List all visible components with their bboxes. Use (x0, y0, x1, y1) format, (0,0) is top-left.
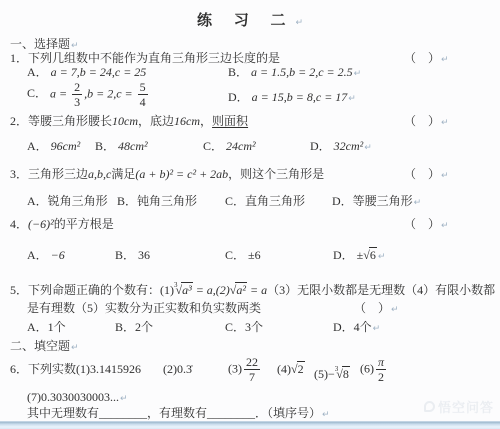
option-value: a = 1.5,b = 2,c = 2.5 (251, 65, 353, 79)
question-4-option-d: D．±√6↵ (333, 248, 385, 265)
question-1-option-c: C．a = 23,b = 2,c = 54 (27, 81, 150, 108)
paragraph-mark-icon: ↵ (348, 94, 356, 104)
item-value: 6．下列实数(1)3.1415926 (10, 362, 141, 376)
option-value: D．4个 (333, 320, 372, 334)
answer-bracket: （ ） (354, 301, 390, 315)
question-5-text-line-1: 5．下列命题正确的个数有：(1)3√a³ = a,(2)√a² = a（3）无限… (10, 278, 495, 298)
option-letter: C． (27, 86, 47, 100)
paragraph-mark-icon: ↵ (378, 252, 386, 262)
fraction-denominator: 3 (72, 94, 82, 108)
option-letter: A． (27, 248, 48, 262)
paragraph-mark-icon: ↵ (364, 143, 372, 153)
paragraph-mark-icon: ↵ (295, 18, 303, 28)
fraction-numerator: 5 (138, 81, 148, 94)
option-value: C．3个 (225, 320, 263, 334)
formula: (a + b)² = c² + 2ab (135, 167, 228, 181)
radicand: 6 (369, 247, 377, 262)
measure-1: 10cm (112, 114, 138, 128)
fraction: 227 (244, 356, 260, 383)
option-letter: D． (228, 90, 249, 104)
radicand: 2 (297, 361, 305, 376)
paragraph-mark-icon: ↵ (441, 171, 449, 181)
question-6-item-7: (7)0.3030030003...↵ (27, 390, 128, 407)
item-index: (4) (277, 362, 291, 376)
answer-bracket: （ ） (404, 51, 440, 65)
question-4-option-c: C．±6 (225, 248, 261, 263)
question-2-option-b: B．48cm² (95, 139, 148, 154)
option-value: C．直角三角形 (225, 194, 305, 208)
radicand: 8 (342, 366, 350, 381)
item-index: (6) (360, 361, 374, 375)
radicand: a³ (181, 282, 193, 297)
question-1-option-d: D．a = 15,b = 8,c = 17↵ (228, 90, 356, 107)
radicand: a² (235, 282, 247, 297)
prompt-irrational: 其中无理数有 (27, 406, 99, 420)
option-value: 48cm² (118, 139, 148, 153)
option-value: B．钝角三角形 (117, 194, 197, 208)
question-2-option-a: A．96cm² (27, 139, 80, 154)
fraction-denominator: 4 (138, 94, 148, 108)
horizontal-scrollbar[interactable] (0, 421, 500, 429)
option-value: a = 7,b = 24,c = 25 (51, 65, 147, 79)
watermark-text: 悟空问答 (438, 397, 494, 416)
question-5-option-b: B．2个 (115, 320, 153, 335)
section-heading-label: 二、填空题 (10, 339, 70, 353)
question-4-text: 4．(−6)²的平方根是 (10, 217, 114, 232)
question-1-text: 1．下列几组数中不能作为直角三角形三边长度的是 (10, 51, 280, 66)
paragraph-mark-icon: ↵ (441, 118, 449, 128)
question-2-stem-underlined: 则面积 (212, 114, 248, 128)
option-letter: C． (225, 248, 245, 262)
option-letter: D． (333, 248, 354, 262)
option-letter: A． (27, 139, 48, 153)
question-2-answer-bracket: （ ）↵ (404, 114, 449, 131)
option-letter: A． (27, 65, 48, 79)
question-2-stem-3: ， (200, 114, 212, 128)
fraction: 23 (72, 81, 82, 108)
fraction-numerator: 22 (244, 356, 260, 369)
option-letter: B． (115, 248, 135, 262)
question-5-option-d: D．4个↵ (333, 320, 380, 337)
prompt-suffix: ．（填序号） (255, 406, 321, 420)
worksheet-page: 练 习 二↵ 一、选择题↵ 1．下列几组数中不能作为直角三角形三边长度的是 （ … (0, 0, 500, 429)
question-3-option-c: C．直角三角形 (225, 194, 305, 209)
paragraph-mark-icon: ↵ (441, 55, 449, 65)
option-value: B．2个 (115, 320, 153, 334)
option-value: 24cm² (226, 139, 256, 153)
paragraph-mark-icon: ↵ (71, 343, 79, 353)
fraction: 54 (138, 81, 148, 108)
question-4-stem: 的平方根是 (54, 217, 114, 231)
answer-bracket: （ ） (404, 114, 440, 128)
question-2-option-c: C．24cm² (203, 139, 256, 154)
equation-2: = a (247, 283, 267, 297)
option-letter: B． (95, 139, 115, 153)
question-3-text: 3．三角形三边a,b,c满足(a + b)² = c² + 2ab，则这个三角形… (10, 167, 324, 182)
square-root: √2 (291, 362, 305, 376)
question-6-item-2: (2)0.3̇ (163, 362, 192, 377)
question-3-option-a: A．锐角三角形 (27, 194, 108, 209)
answer-bracket: （ ） (404, 217, 440, 231)
item-value: (2)0.3̇ (163, 362, 192, 376)
option-letter: C． (203, 139, 223, 153)
question-2-option-d: D．32cm²↵ (310, 139, 372, 156)
fraction-denominator: 7 (244, 369, 260, 383)
question-3-stem-2: 满足 (111, 167, 135, 181)
option-value: 32cm² (334, 139, 364, 153)
paragraph-mark-icon: ↵ (120, 394, 128, 404)
fraction-numerator: 2 (72, 81, 82, 94)
section-heading-fill-blank: 二、填空题↵ (10, 339, 79, 356)
question-3-stem-3: ，则这个三角形是 (228, 167, 324, 181)
question-3-answer-bracket: （ ）↵ (404, 167, 449, 184)
option-value-mid: ,b = 2,c = (84, 86, 136, 100)
section-heading-label: 一、选择题 (10, 37, 70, 51)
option-letter: B． (228, 65, 248, 79)
prompt-rational: ，有理数有 (147, 406, 207, 420)
paragraph-mark-icon: ↵ (391, 305, 399, 315)
fraction: π2 (376, 356, 386, 383)
question-5-option-c: C．3个 (225, 320, 263, 335)
question-5-answer-bracket: （ ）↵ (354, 301, 399, 318)
question-1-answer-bracket: （ ）↵ (404, 51, 449, 68)
question-5-stem-1: 5．下列命题正确的个数有：(1) (10, 283, 174, 297)
question-2-text: 2．等腰三角形腰长10cm，底边16cm，则面积 (10, 114, 248, 129)
question-6-item-6: (6)π2 (360, 356, 388, 383)
equation-1: = a,(2) (193, 283, 230, 297)
option-value: A．锐角三角形 (27, 194, 108, 208)
paragraph-mark-icon: ↵ (441, 221, 449, 231)
question-3-option-b: B．钝角三角形 (117, 194, 197, 209)
fraction-numerator: π (376, 356, 386, 369)
question-2-stem-2: ，底边 (138, 114, 174, 128)
answer-blank-rational: ________ (207, 406, 255, 420)
question-6-item-1: 6．下列实数(1)3.1415926 (10, 362, 141, 377)
question-5-text-line-2: 是有理数（5）实数分为正实数和负实数两类 (27, 301, 261, 316)
square-root: √6 (363, 248, 377, 262)
item-index: (3) (228, 361, 242, 375)
variables: a,b,c (88, 167, 111, 181)
option-value: −6 (51, 248, 65, 262)
question-4-option-a: A．−6 (27, 248, 65, 263)
question-6-item-4: (4)√2 (277, 362, 305, 377)
question-4-number: 4． (10, 217, 28, 231)
measure-2: 16cm (174, 114, 200, 128)
option-value: 36 (138, 248, 150, 262)
question-3-stem-1: 3．三角形三边 (10, 167, 88, 181)
question-5-stem-3: 是有理数（5）实数分为正实数和负实数两类 (27, 301, 261, 315)
option-value: D．等腰三角形 (332, 194, 413, 208)
title-row: 练 习 二↵ (0, 9, 500, 30)
option-letter: D． (310, 139, 331, 153)
paragraph-mark-icon: ↵ (373, 324, 381, 334)
paragraph-mark-icon: ↵ (71, 41, 79, 51)
formula: (−6)² (28, 217, 54, 231)
watermark-logo-icon (424, 401, 435, 412)
answer-bracket: （ ） (404, 167, 440, 181)
item-value: (7)0.3030030003... (27, 390, 119, 404)
item-index: (5)− (314, 367, 335, 381)
question-5-stem-2: （3）无限小数都是无理数（4）有限小数都 (267, 283, 495, 297)
fraction-denominator: 2 (376, 369, 386, 383)
question-5-option-a: A．1个 (27, 320, 66, 335)
question-4-option-b: B．36 (115, 248, 150, 263)
watermark: 悟空问答 (424, 397, 494, 416)
question-4-answer-bracket: （ ）↵ (404, 217, 449, 234)
option-value: 96cm² (51, 139, 81, 153)
question-1-stem: 1．下列几组数中不能作为直角三角形三边长度的是 (10, 51, 280, 65)
question-1-option-b: B．a = 1.5,b = 2,c = 2.5↵ (228, 65, 361, 82)
question-1-option-a: A．a = 7,b = 24,c = 25 (27, 65, 146, 80)
answer-blank-irrational: ________ (99, 406, 147, 420)
paragraph-mark-icon: ↵ (354, 69, 362, 79)
page-title: 练 习 二 (197, 13, 295, 29)
question-2-stem-1: 2．等腰三角形腰长 (10, 114, 112, 128)
question-6-item-5: (5)−3√8 (314, 362, 350, 382)
paragraph-mark-icon: ↵ (414, 198, 422, 208)
option-value: A．1个 (27, 320, 66, 334)
option-value-pre: a = (50, 86, 70, 100)
option-value: ±6 (248, 248, 261, 262)
question-6-item-3: (3)227 (228, 356, 262, 383)
paragraph-mark-icon: ↵ (322, 410, 330, 420)
question-3-option-d: D．等腰三角形↵ (332, 194, 421, 211)
option-value: a = 15,b = 8,c = 17 (252, 90, 348, 104)
